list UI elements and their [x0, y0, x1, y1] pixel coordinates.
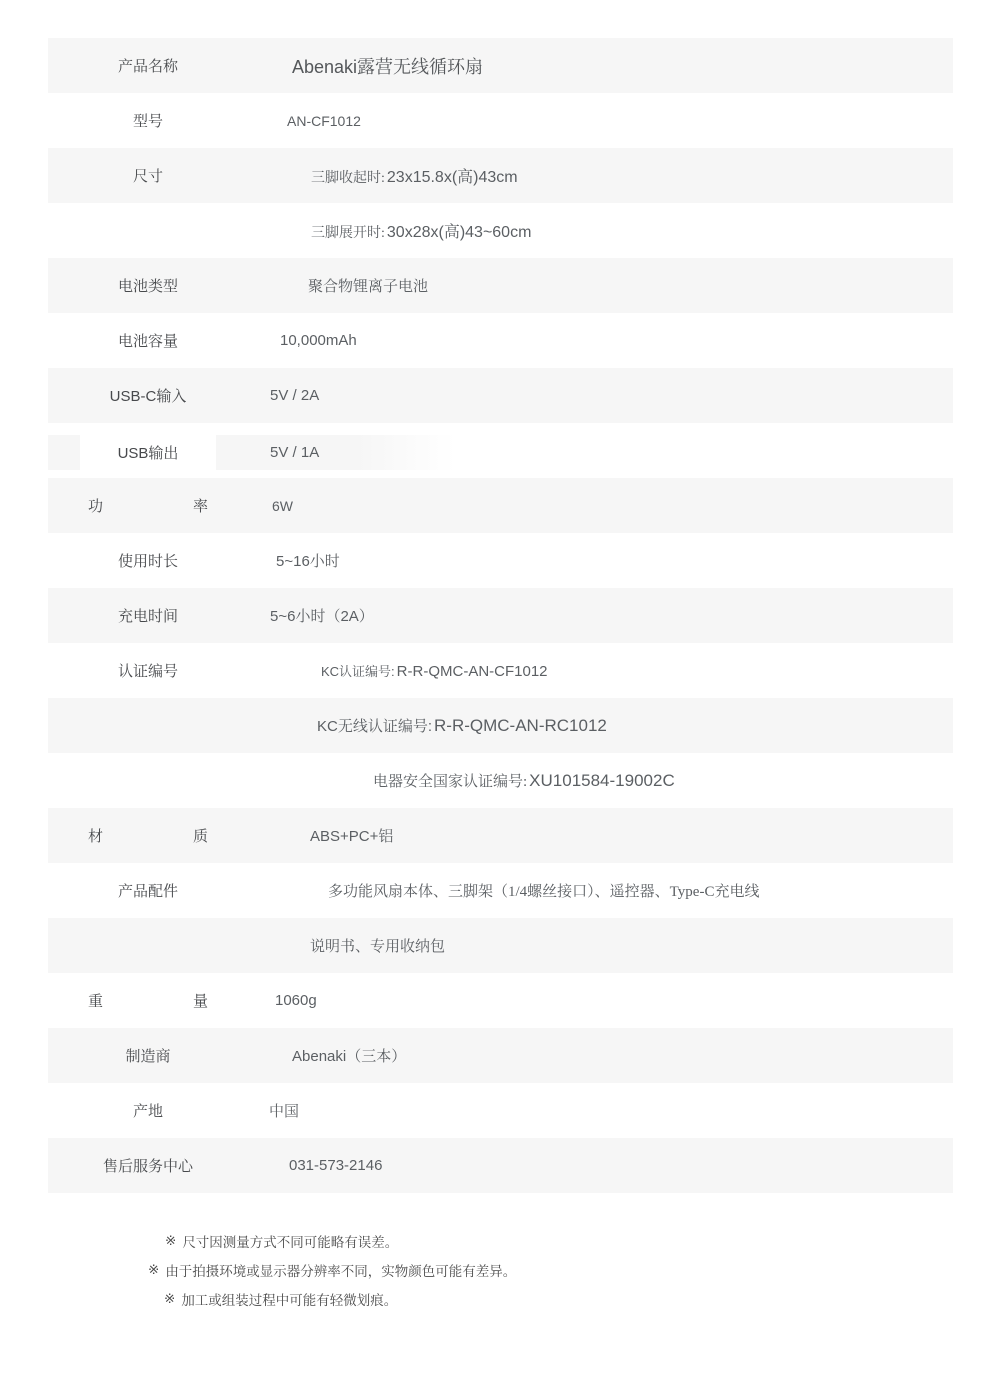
- spec-value-prefix: KC无线认证编号:: [317, 715, 432, 736]
- spec-label: 产品名称: [48, 55, 248, 76]
- spec-value: 三脚收起时: 23x15.8x(高)43cm: [248, 164, 953, 187]
- spec-value-text: AN-CF1012: [287, 113, 361, 129]
- spec-value: 031-573-2146: [248, 1157, 953, 1174]
- spec-label: USB输出: [48, 434, 248, 471]
- spec-value-text: 多功能风扇本体、三脚架（1/4螺丝接口）、遥控器、Type-C充电线: [328, 880, 759, 901]
- spec-value: KC认证编号: R-R-QMC-AN-CF1012: [248, 661, 953, 680]
- spec-row: 产品名称 Abenaki露营无线循环扇: [48, 38, 953, 93]
- footnote-text: 加工或组装过程中可能有轻微划痕。: [181, 1289, 397, 1309]
- spec-value-text: 6W: [272, 498, 293, 514]
- spec-row: 三脚展开时: 30x28x(高)43~60cm: [48, 203, 953, 258]
- spec-row: 说明书、专用收纳包: [48, 918, 953, 973]
- spec-value-text: 10,000mAh: [280, 332, 357, 349]
- spec-label-text: 制造商: [125, 1045, 170, 1066]
- spec-label: 型号: [48, 110, 248, 131]
- spec-row: 充电时间 5~6小时（2A）: [48, 588, 953, 643]
- footnote: ※ 加工或组装过程中可能有轻微划痕。: [148, 1284, 516, 1313]
- spec-row: 使用时长 5~16小时: [48, 533, 953, 588]
- spec-label: 重量: [48, 990, 248, 1011]
- spec-label: 制造商: [48, 1045, 248, 1066]
- spec-label: 功率: [48, 495, 248, 516]
- spec-value-text: XU101584-19002C: [529, 771, 675, 791]
- spec-value: 聚合物锂离子电池: [248, 275, 953, 296]
- spec-value-text: ABS+PC+铝: [310, 825, 393, 846]
- spec-value: ABS+PC+铝: [248, 825, 953, 846]
- spec-label-text: USB输出: [80, 434, 217, 471]
- spec-value-text: Abenaki露营无线循环扇: [292, 53, 483, 79]
- spec-label: 产品配件: [48, 880, 248, 901]
- spec-value-prefix: 三脚展开时:: [311, 222, 385, 242]
- spec-label-text: 认证编号: [118, 660, 178, 681]
- spec-value: 5~16小时: [248, 550, 953, 571]
- spec-value-text: 聚合物锂离子电池: [308, 275, 428, 296]
- spec-label: 充电时间: [48, 605, 248, 626]
- spec-row: 材质 ABS+PC+铝: [48, 808, 953, 863]
- footnote-marker-icon: ※: [148, 1262, 159, 1278]
- spec-value: 5V / 1A: [248, 444, 953, 461]
- footnote-text: 由于拍摄环境或显示器分辨率不同，实物颜色可能有差异。: [165, 1260, 516, 1280]
- spec-value-prefix: 三脚收起时:: [311, 167, 385, 187]
- spec-value: 6W: [248, 498, 953, 514]
- spec-label: 电池容量: [48, 330, 248, 351]
- footnotes: ※ 尺寸因测量方式不同可能略有误差。 ※ 由于拍摄环境或显示器分辨率不同，实物颜…: [148, 1226, 516, 1313]
- spec-label-text: 电池类型: [118, 275, 178, 296]
- spec-value: 10,000mAh: [248, 332, 953, 349]
- spec-row: 尺寸 三脚收起时: 23x15.8x(高)43cm: [48, 148, 953, 203]
- spec-label-text: 售后服务中心: [103, 1155, 193, 1176]
- spec-value-text: 1060g: [275, 992, 317, 1009]
- spec-table: 产品名称 Abenaki露营无线循环扇 型号 AN-CF1012 尺寸 三脚收起…: [48, 38, 953, 1193]
- footnote-marker-icon: ※: [164, 1291, 175, 1307]
- spec-row: 产品配件 多功能风扇本体、三脚架（1/4螺丝接口）、遥控器、Type-C充电线: [48, 863, 953, 918]
- spec-label-text: 产地: [133, 1100, 163, 1121]
- spec-label-text: 使用时长: [118, 550, 178, 571]
- spec-row: KC无线认证编号: R-R-QMC-AN-RC1012: [48, 698, 953, 753]
- spec-value-text: 5V / 1A: [270, 444, 319, 461]
- footnote-text: 尺寸因测量方式不同可能略有误差。: [182, 1231, 398, 1251]
- spec-row: 型号 AN-CF1012: [48, 93, 953, 148]
- spec-value-text: 5~6小时（2A）: [270, 605, 374, 626]
- footnote-marker-icon: ※: [165, 1233, 176, 1249]
- spec-label-text: 产品配件: [118, 880, 178, 901]
- footnote: ※ 由于拍摄环境或显示器分辨率不同，实物颜色可能有差异。: [148, 1255, 516, 1284]
- spec-value-text: R-R-QMC-AN-CF1012: [397, 663, 548, 680]
- spec-label-text: 产品名称: [118, 55, 178, 76]
- spec-label: 电池类型: [48, 275, 248, 296]
- spec-value-text: 30x28x(高)43~60cm: [387, 219, 532, 242]
- spec-value-prefix: KC认证编号:: [321, 661, 395, 680]
- spec-label: 产地: [48, 1100, 248, 1121]
- spec-value-prefix: 电器安全国家认证编号:: [373, 770, 527, 791]
- spec-row: 产地 中国: [48, 1083, 953, 1138]
- spec-row: 重量 1060g: [48, 973, 953, 1028]
- spec-value: 1060g: [248, 992, 953, 1009]
- spec-value: 5~6小时（2A）: [248, 605, 953, 626]
- spec-label-text: USB-C输入: [110, 385, 187, 406]
- spec-value: 三脚展开时: 30x28x(高)43~60cm: [248, 219, 953, 242]
- spec-value-text: Abenaki（三本）: [292, 1045, 406, 1066]
- spec-value: AN-CF1012: [248, 113, 953, 129]
- footnote: ※ 尺寸因测量方式不同可能略有误差。: [148, 1226, 516, 1255]
- spec-value: KC无线认证编号: R-R-QMC-AN-RC1012: [248, 715, 953, 736]
- spec-value-text: 031-573-2146: [289, 1157, 382, 1174]
- spec-row: 电池容量 10,000mAh: [48, 313, 953, 368]
- spec-row: 制造商 Abenaki（三本）: [48, 1028, 953, 1083]
- spec-label: 认证编号: [48, 660, 248, 681]
- spec-label: 材质: [48, 825, 248, 846]
- spec-row: 电池类型 聚合物锂离子电池: [48, 258, 953, 313]
- spec-value-text: R-R-QMC-AN-RC1012: [434, 716, 607, 736]
- spec-row: 电器安全国家认证编号: XU101584-19002C: [48, 753, 953, 808]
- spec-label-text: 型号: [133, 110, 163, 131]
- spec-value-text: 23x15.8x(高)43cm: [387, 164, 518, 187]
- spec-label: 尺寸: [48, 165, 248, 186]
- spec-value: 说明书、专用收纳包: [248, 935, 953, 956]
- spec-row: 功率 6W: [48, 478, 953, 533]
- spec-value: Abenaki（三本）: [248, 1045, 953, 1066]
- spec-value: 电器安全国家认证编号: XU101584-19002C: [248, 770, 953, 791]
- spec-label-text: 充电时间: [118, 605, 178, 626]
- spec-label-text: 电池容量: [118, 330, 178, 351]
- spec-label-text: 尺寸: [133, 165, 163, 186]
- spec-value: Abenaki露营无线循环扇: [248, 53, 953, 79]
- spec-row: USB输出 5V / 1A: [48, 423, 953, 478]
- spec-value: 中国: [248, 1100, 953, 1121]
- spec-row: USB-C输入 5V / 2A: [48, 368, 953, 423]
- spec-label: USB-C输入: [48, 385, 248, 406]
- spec-label: 售后服务中心: [48, 1155, 248, 1176]
- page-root: { "theme": { "page_background": "#ffffff…: [0, 0, 1000, 1375]
- spec-value-text: 5~16小时: [276, 550, 340, 571]
- spec-value: 5V / 2A: [248, 387, 953, 404]
- spec-value-text: 5V / 2A: [270, 387, 319, 404]
- spec-value-text: 说明书、专用收纳包: [310, 935, 445, 956]
- spec-value: 多功能风扇本体、三脚架（1/4螺丝接口）、遥控器、Type-C充电线: [248, 880, 953, 901]
- spec-label: 使用时长: [48, 550, 248, 571]
- spec-value-text: 中国: [269, 1100, 299, 1121]
- spec-row: 认证编号 KC认证编号: R-R-QMC-AN-CF1012: [48, 643, 953, 698]
- spec-row: 售后服务中心 031-573-2146: [48, 1138, 953, 1193]
